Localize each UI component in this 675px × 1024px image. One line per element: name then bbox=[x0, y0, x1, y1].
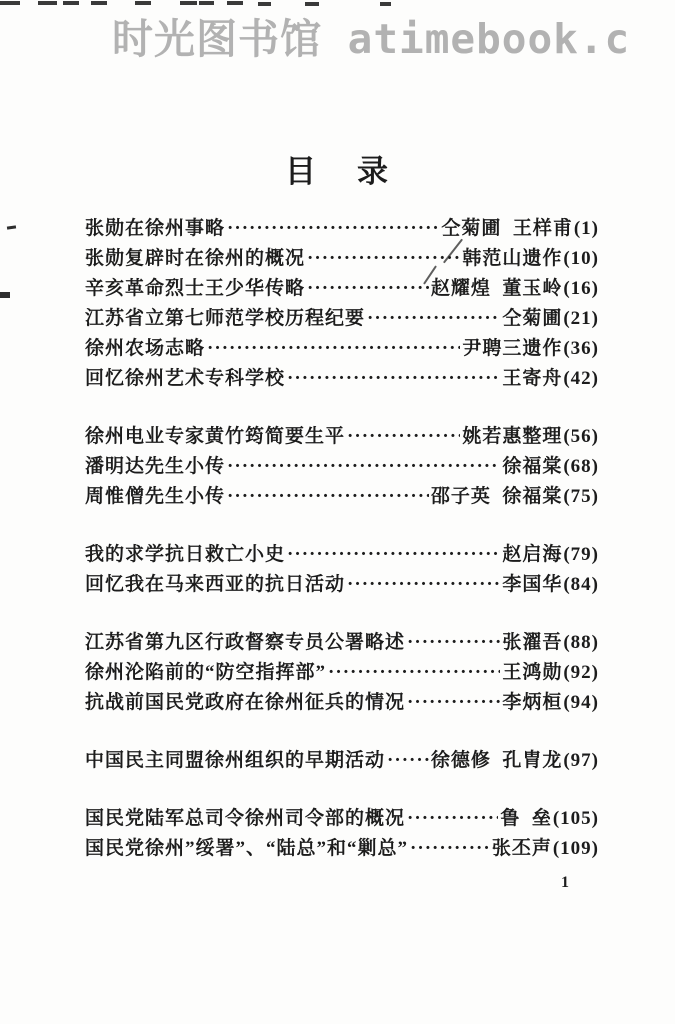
toc-entry-right: 仝菊圃(21) bbox=[502, 304, 599, 334]
toc-entry-authors: 鲁 垒 bbox=[500, 808, 552, 829]
toc-entry-authors: 徐德修 孔胄龙 bbox=[431, 750, 563, 771]
toc-entry-page: (84) bbox=[562, 574, 599, 595]
toc-entry: 江苏省第九区行政督察专员公署略述························… bbox=[85, 628, 599, 658]
toc-leader-dots: ········································… bbox=[287, 540, 500, 570]
toc-leader-dots: ········································… bbox=[207, 334, 460, 364]
toc-group: 徐州电业专家黄竹筠简要生平···························… bbox=[85, 422, 599, 512]
toc-leader-dots: ········································… bbox=[407, 688, 500, 718]
toc-entry-title: 国民党陆军总司令徐州司令部的概况 bbox=[85, 804, 405, 834]
scan-mark bbox=[7, 225, 16, 229]
toc-entry: 国民党陆军总司令徐州司令部的概况 ·······················… bbox=[85, 804, 599, 834]
toc-entry-page: (56) bbox=[562, 426, 599, 447]
toc-group: 江苏省第九区行政督察专员公署略述························… bbox=[85, 628, 599, 718]
toc-list: 张勋在徐州事略·································… bbox=[85, 214, 599, 864]
toc-entry-page: (97) bbox=[562, 750, 599, 771]
toc-entry-title: 江苏省立第七师范学校历程纪要 bbox=[85, 304, 365, 334]
toc-group: 张勋在徐州事略·································… bbox=[85, 214, 599, 394]
toc-entry-title: 潘明达先生小传 bbox=[85, 452, 225, 482]
toc-leader-dots: ········································… bbox=[307, 274, 429, 304]
toc-entry-authors: 赵启海 bbox=[502, 544, 562, 565]
toc-entry-right: 姚若惠整理(56) bbox=[462, 422, 599, 452]
toc-entry-authors: 王鸿勋 bbox=[502, 662, 562, 683]
toc-entry-authors: 尹聘三遗作 bbox=[462, 338, 562, 359]
toc-entry-page: (68) bbox=[562, 456, 599, 477]
toc-entry-authors: 李炳桓 bbox=[502, 692, 562, 713]
toc-entry-right: 李国华(84) bbox=[502, 570, 599, 600]
toc-group: 中国民主同盟徐州组织的早期活动·························… bbox=[85, 746, 599, 776]
toc-entry-title: 徐州农场志略 bbox=[85, 334, 205, 364]
toc-leader-dots: ········································… bbox=[347, 422, 460, 452]
toc-entry-page: (88) bbox=[562, 632, 599, 653]
toc-leader-dots: ········································… bbox=[287, 364, 500, 394]
toc-entry: 江苏省立第七师范学校历程纪要··························… bbox=[85, 304, 599, 334]
toc-leader-dots: ········································… bbox=[227, 482, 429, 512]
toc-leader-dots: ········································… bbox=[367, 304, 500, 334]
toc-entry-page: (16) bbox=[562, 278, 599, 299]
toc-entry-authors: 邵子英 徐福棠 bbox=[431, 486, 563, 507]
toc-entry: 抗战前国民党政府在徐州征兵的情况························… bbox=[85, 688, 599, 718]
scan-mark bbox=[0, 292, 10, 298]
toc-entry-authors: 仝菊圃 bbox=[502, 308, 562, 329]
toc-entry-right: 徐德修 孔胄龙(97) bbox=[431, 746, 599, 776]
toc-entry: 回忆我在马来西亚的抗日活动···························… bbox=[85, 570, 599, 600]
toc-entry-right: 王鸿勋(92) bbox=[502, 658, 599, 688]
page-title: 目 录 bbox=[0, 146, 675, 191]
toc-entry-page: (105) bbox=[552, 808, 599, 829]
toc-entry-right: 鲁 垒(105) bbox=[500, 804, 599, 834]
toc-entry-title: 辛亥革命烈士王少华传略 bbox=[85, 274, 305, 304]
toc-entry-page: (42) bbox=[562, 368, 599, 389]
toc-entry-title: 国民党徐州”绥署”、“陆总”和“剿总” bbox=[85, 834, 408, 864]
toc-group: 国民党陆军总司令徐州司令部的概况 ·······················… bbox=[85, 804, 599, 864]
toc-leader-dots: ········································… bbox=[347, 570, 500, 600]
toc-leader-dots: ········································… bbox=[387, 746, 429, 776]
toc-entry-right: 赵启海(79) bbox=[502, 540, 599, 570]
toc-leader-dots: ········································… bbox=[227, 452, 500, 482]
toc-entry-authors: 李国华 bbox=[502, 574, 562, 595]
toc-entry: 徐州沦陷前的“防空指挥部”···························… bbox=[85, 658, 599, 688]
toc-entry: 张勋在徐州事略·································… bbox=[85, 214, 599, 244]
toc-entry-page: (36) bbox=[562, 338, 599, 359]
toc-leader-dots: ········································… bbox=[407, 628, 500, 658]
toc-entry: 徐州农场志略··································… bbox=[85, 334, 599, 364]
toc-leader-dots: ········································… bbox=[410, 834, 490, 864]
toc-entry-right: 张丕声(109) bbox=[492, 834, 599, 864]
toc-entry-right: 徐福棠(68) bbox=[502, 452, 599, 482]
toc-entry-title: 徐州电业专家黄竹筠简要生平 bbox=[85, 422, 345, 452]
toc-entry-title: 回忆我在马来西亚的抗日活动 bbox=[85, 570, 345, 600]
toc-entry-title: 江苏省第九区行政督察专员公署略述 bbox=[85, 628, 405, 658]
toc-entry-title: 回忆徐州艺术专科学校 bbox=[85, 364, 285, 394]
toc-entry-right: 仝菊圃 王样甫(1) bbox=[441, 214, 599, 244]
folio-page-number: 1 bbox=[561, 874, 569, 892]
toc-leader-dots: ········································… bbox=[307, 244, 460, 274]
toc-entry-right: 尹聘三遗作(36) bbox=[462, 334, 599, 364]
toc-entry-right: 韩范山遗作(10) bbox=[462, 244, 599, 274]
toc-entry-title: 张勋在徐州事略 bbox=[85, 214, 225, 244]
toc-entry: 我的求学抗日救亡小史······························… bbox=[85, 540, 599, 570]
toc-entry: 中国民主同盟徐州组织的早期活动·························… bbox=[85, 746, 599, 776]
toc-entry: 回忆徐州艺术专科学校······························… bbox=[85, 364, 599, 394]
toc-entry-title: 抗战前国民党政府在徐州征兵的情况 bbox=[85, 688, 405, 718]
toc-entry-authors: 韩范山遗作 bbox=[462, 248, 562, 269]
toc-entry-page: (21) bbox=[562, 308, 599, 329]
toc-entry-authors: 张丕声 bbox=[492, 838, 552, 859]
toc-entry-right: 王寄舟(42) bbox=[502, 364, 599, 394]
toc-entry-title: 周惟僧先生小传 bbox=[85, 482, 225, 512]
toc-entry: 张勋复辟时在徐州的概况·····························… bbox=[85, 244, 599, 274]
toc-entry-right: 赵耀煌 董玉岭(16) bbox=[431, 274, 599, 304]
toc-entry-authors: 王寄舟 bbox=[502, 368, 562, 389]
toc-leader-dots: ········································… bbox=[328, 658, 500, 688]
toc-entry-title: 张勋复辟时在徐州的概况 bbox=[85, 244, 305, 274]
toc-entry-authors: 赵耀煌 董玉岭 bbox=[431, 278, 563, 299]
toc-entry-page: (92) bbox=[562, 662, 599, 683]
toc-leader-dots: ········································… bbox=[407, 804, 498, 834]
toc-entry: 徐州电业专家黄竹筠简要生平···························… bbox=[85, 422, 599, 452]
toc-entry-page: (10) bbox=[562, 248, 599, 269]
toc-entry-page: (109) bbox=[552, 838, 599, 859]
toc-entry-authors: 仝菊圃 王样甫 bbox=[441, 218, 573, 239]
toc-entry-page: (75) bbox=[562, 486, 599, 507]
toc-entry: 周惟僧先生小传·································… bbox=[85, 482, 599, 512]
toc-entry-authors: 姚若惠整理 bbox=[462, 426, 562, 447]
toc-entry-page: (79) bbox=[562, 544, 599, 565]
watermark-text: 时光图书馆 atimebook.c bbox=[112, 6, 630, 65]
toc-entry-page: (1) bbox=[573, 218, 599, 239]
toc-entry-page: (94) bbox=[562, 692, 599, 713]
toc-entry: 辛亥革命烈士王少华传略·····························… bbox=[85, 274, 599, 304]
toc-entry-right: 李炳桓(94) bbox=[502, 688, 599, 718]
toc-entry-right: 邵子英 徐福棠(75) bbox=[431, 482, 599, 512]
toc-entry-authors: 徐福棠 bbox=[502, 456, 562, 477]
toc-entry: 国民党徐州”绥署”、“陆总”和“剿总” ····················… bbox=[85, 834, 599, 864]
toc-entry-authors: 张濯吾 bbox=[502, 632, 562, 653]
toc-leader-dots: ········································… bbox=[227, 214, 439, 244]
toc-entry-title: 中国民主同盟徐州组织的早期活动 bbox=[85, 746, 385, 776]
toc-group: 我的求学抗日救亡小史······························… bbox=[85, 540, 599, 600]
toc-entry-title: 我的求学抗日救亡小史 bbox=[85, 540, 285, 570]
toc-entry: 潘明达先生小传·································… bbox=[85, 452, 599, 482]
toc-entry-right: 张濯吾(88) bbox=[502, 628, 599, 658]
toc-entry-title: 徐州沦陷前的“防空指挥部” bbox=[85, 658, 326, 688]
